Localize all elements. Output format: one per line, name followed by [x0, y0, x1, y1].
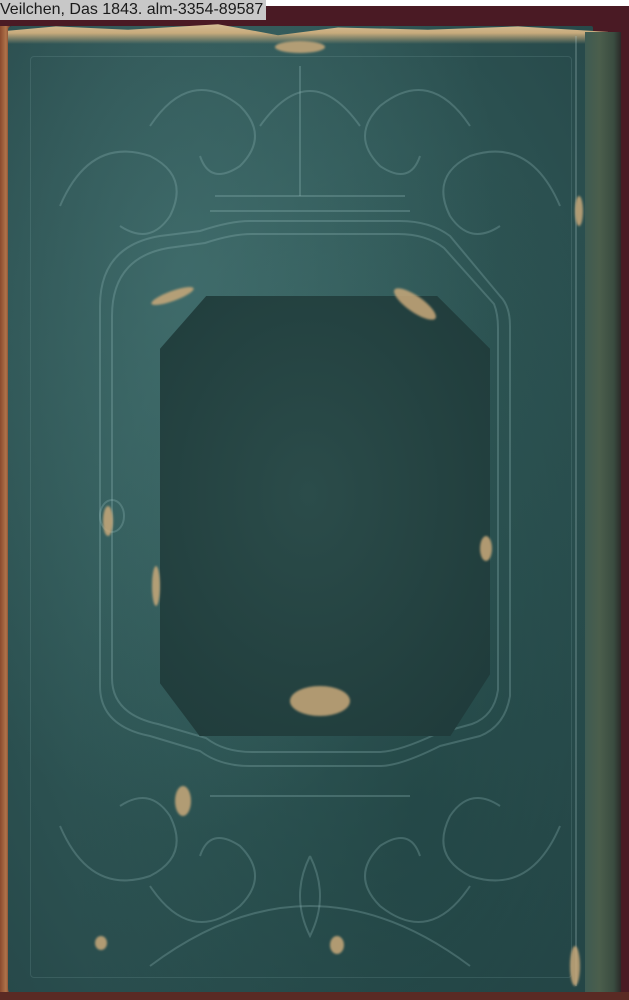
wear-spot	[95, 936, 107, 950]
wear-spot	[175, 786, 191, 816]
wear-spot	[152, 566, 160, 606]
central-panel	[160, 296, 490, 736]
image-caption-label: Veilchen, Das 1843. alm-3354-89587	[0, 0, 266, 20]
book-cover-photo	[0, 6, 629, 1000]
wear-spot	[330, 936, 344, 954]
wear-spot	[570, 946, 580, 986]
wear-spot	[103, 506, 113, 536]
page-edge-bottom	[0, 992, 629, 1000]
wear-spot	[275, 41, 325, 53]
wear-spot	[480, 536, 492, 561]
wear-spot	[290, 686, 350, 716]
wear-spot	[575, 196, 583, 226]
